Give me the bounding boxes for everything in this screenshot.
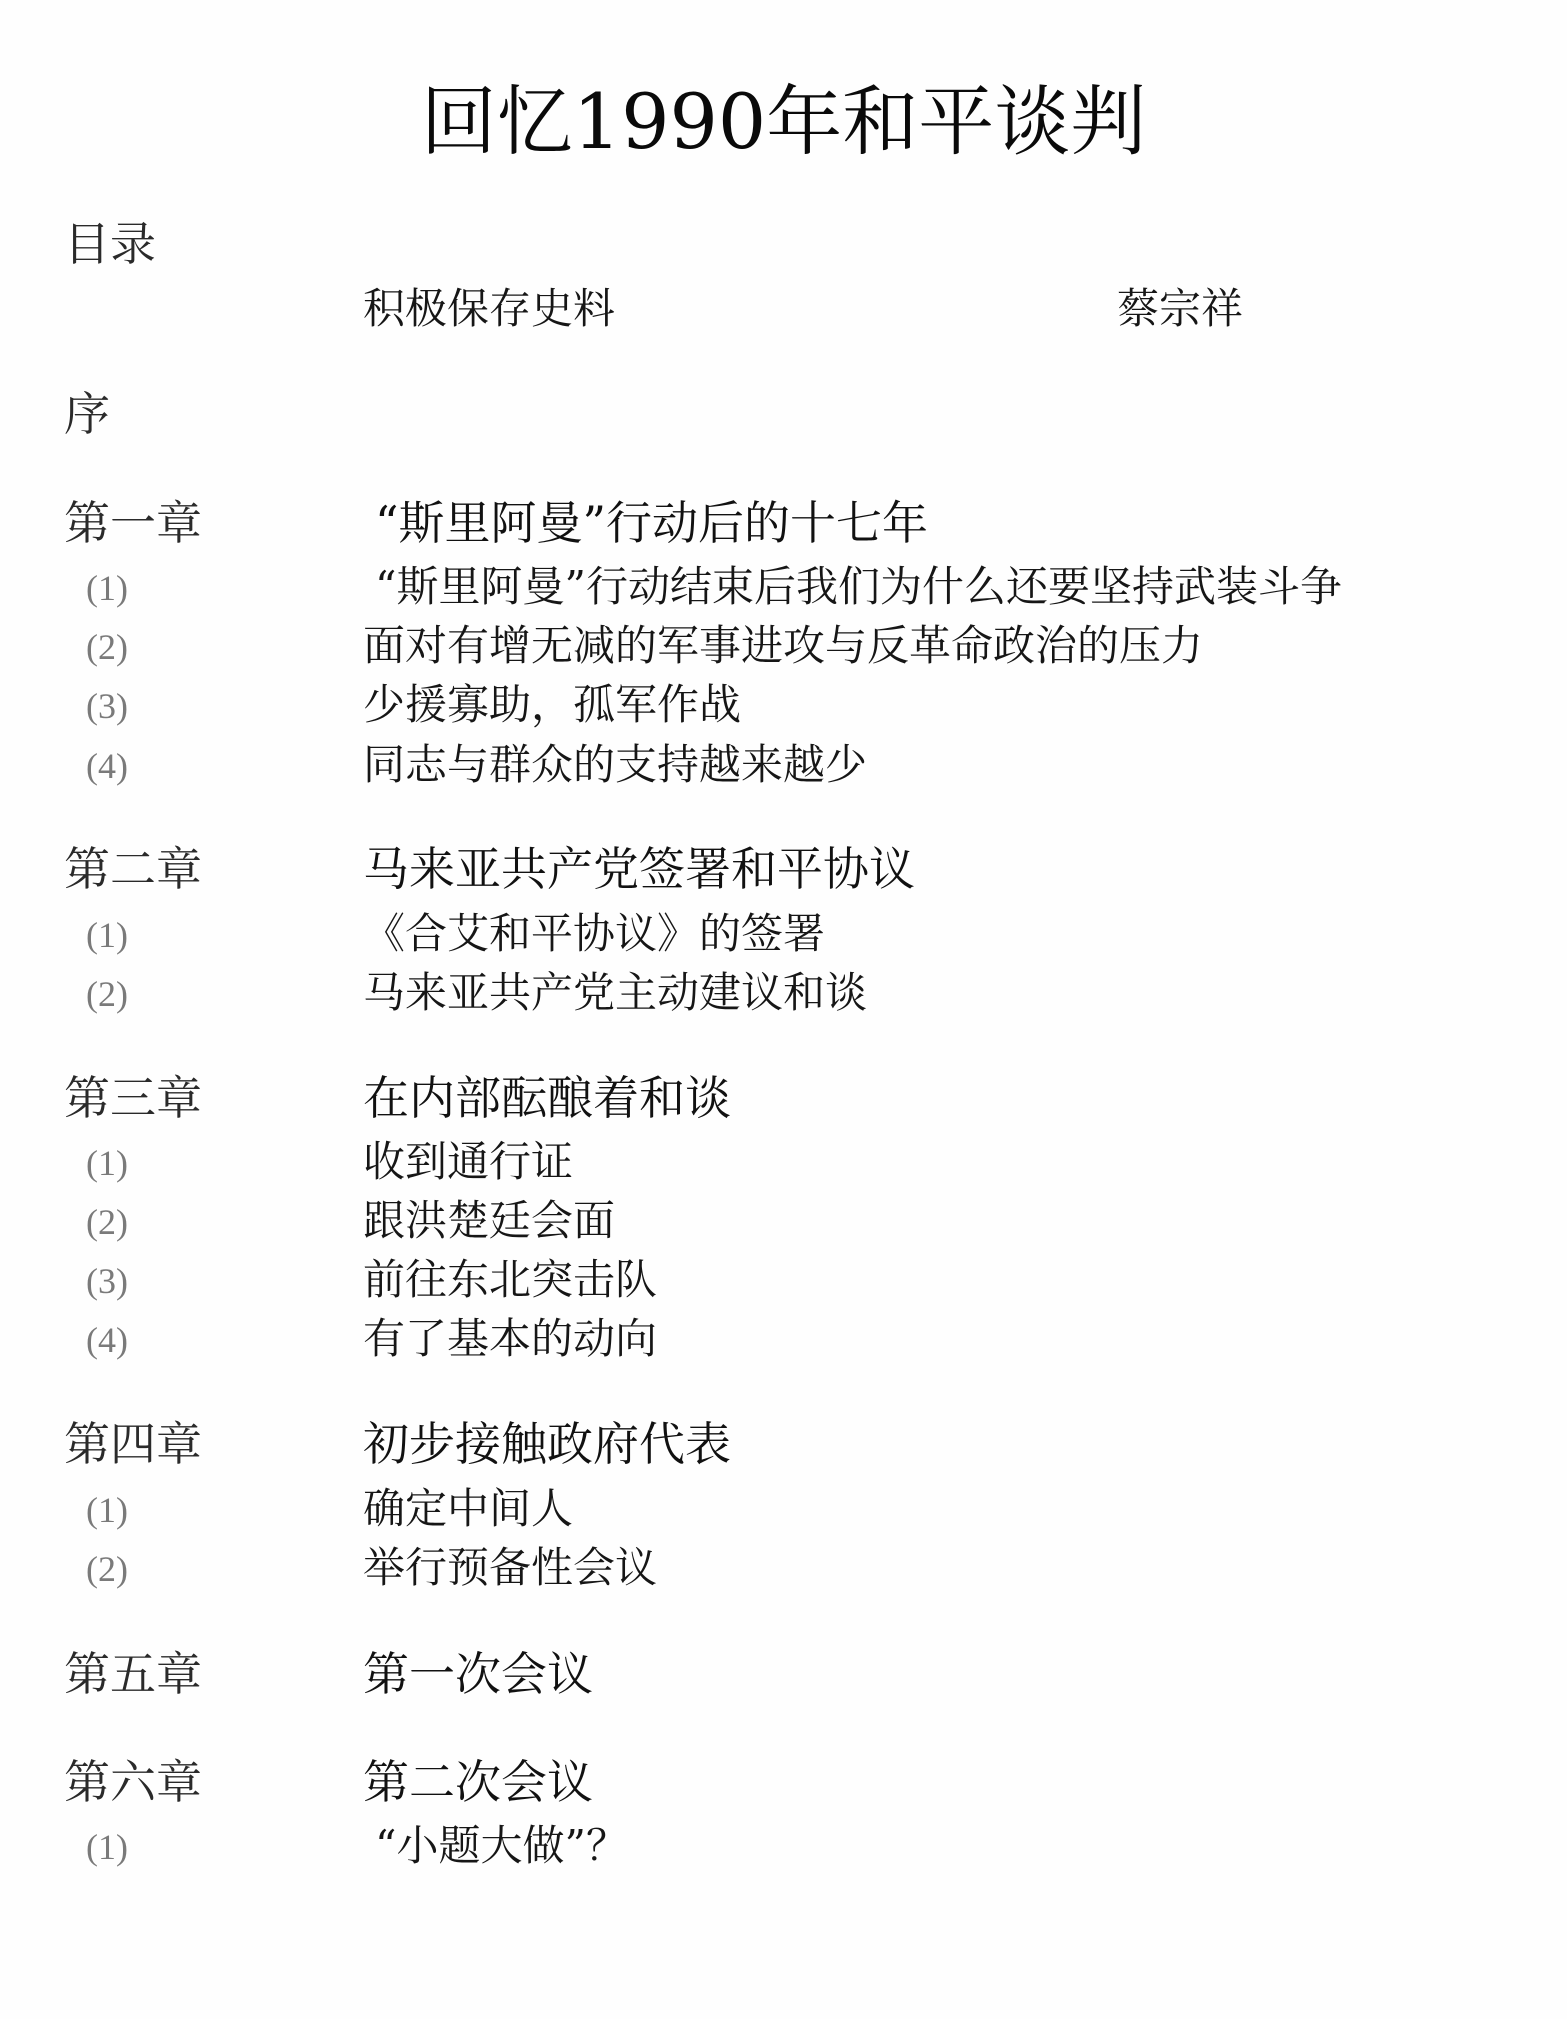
section-title: 举行预备性会议 (363, 1547, 657, 1589)
chapter-3-title: 在内部酝酿着和谈 (363, 1075, 731, 1121)
chapter-5-title: 第一次会议 (363, 1651, 593, 1697)
section-number: (1) (86, 1492, 128, 1528)
chapter-4-title: 初步接触政府代表 (363, 1421, 731, 1467)
section-number: (2) (86, 629, 128, 665)
section-number: (2) (86, 1204, 128, 1240)
section-title: 少援寡助，孤军作战 (363, 684, 741, 726)
chapter-2-title: 马来亚共产党签署和平协议 (363, 846, 915, 892)
chapter-6-label: 第六章 (64, 1759, 202, 1805)
section-title: 面对有增无减的军事进攻与反革命政治的压力 (363, 625, 1203, 667)
chapter-5-label: 第五章 (64, 1651, 202, 1697)
section-number: (3) (86, 688, 128, 724)
author-name: 蔡宗祥 (1117, 288, 1243, 330)
toc-entry-front-matter: 积极保存史料 (363, 288, 615, 330)
section-number: (2) (86, 976, 128, 1012)
section-title: 《合艾和平协议》的签署 (363, 913, 825, 955)
chapter-2-label: 第二章 (64, 846, 202, 892)
section-number: (1) (86, 917, 128, 953)
chapter-6-title: 第二次会议 (363, 1759, 593, 1805)
section-number: (4) (86, 748, 128, 784)
toc-entry-preface: 序 (64, 391, 110, 437)
section-number: (3) (86, 1263, 128, 1299)
section-title: 确定中间人 (363, 1488, 573, 1530)
toc-heading: 目录 (64, 221, 156, 267)
section-title: “小题大做”？ (375, 1825, 628, 1867)
section-title: 收到通行证 (363, 1141, 573, 1183)
section-number: (4) (86, 1322, 128, 1358)
section-title: “斯里阿曼”行动结束后我们为什么还要坚持武装斗争 (375, 566, 1342, 608)
section-title: 有了基本的动向 (363, 1318, 657, 1360)
section-number: (1) (86, 1145, 128, 1181)
chapter-4-label: 第四章 (64, 1421, 202, 1467)
section-title: 马来亚共产党主动建议和谈 (363, 972, 867, 1014)
section-number: (1) (86, 1829, 128, 1865)
section-title: 前往东北突击队 (363, 1259, 657, 1301)
document-title: 回忆1990年和平谈判 (0, 84, 1567, 160)
chapter-1-title: “斯里阿曼”行动后的十七年 (375, 500, 928, 546)
chapter-3-label: 第三章 (64, 1075, 202, 1121)
section-title: 同志与群众的支持越来越少 (363, 744, 867, 786)
chapter-1-label: 第一章 (64, 500, 202, 546)
section-number: (1) (86, 570, 128, 606)
section-number: (2) (86, 1551, 128, 1587)
section-title: 跟洪楚廷会面 (363, 1200, 615, 1242)
